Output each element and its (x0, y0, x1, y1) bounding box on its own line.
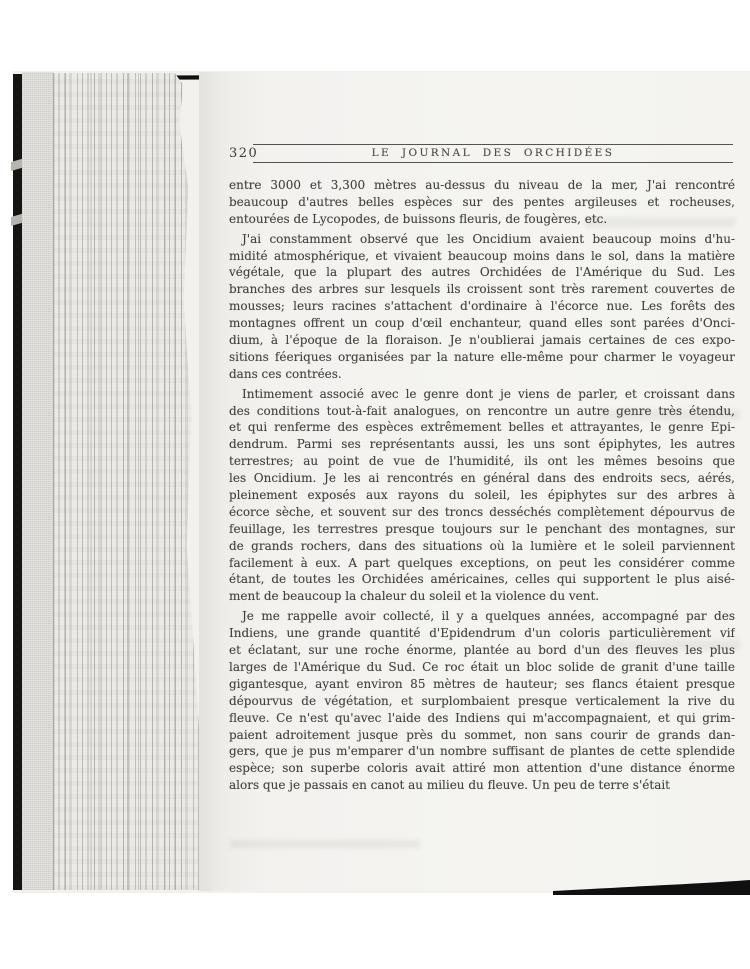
text-line: entourées de Lycopodes, de buissons fleu… (229, 211, 735, 228)
journal-title: LE JOURNAL DES ORCHIDÉES (253, 145, 733, 161)
text-line: entre 3000 et 3,300 mètres au-dessus du … (229, 177, 735, 194)
text-line: végétale, que la plupart des autres Orch… (229, 264, 735, 281)
page-text: entre 3000 et 3,300 mètres au-dessus du … (229, 177, 735, 797)
text-line: écorce sèche, et souvent sur des troncs … (229, 504, 735, 521)
scanned-document-page: 320 LE JOURNAL DES ORCHIDÉES entre 3000 … (0, 0, 750, 969)
text-line: gigantesque, ayant environ 85 mètres de … (229, 676, 735, 693)
page-edges-texture (53, 73, 205, 890)
header-rules: LE JOURNAL DES ORCHIDÉES (253, 144, 733, 163)
text-line: montagnes offrent un coup d'œil enchante… (229, 315, 735, 332)
text-line: paient adroitement jusque près du sommet… (229, 727, 735, 744)
text-line: de grands rochers, dans des situations o… (229, 538, 735, 555)
text-line: beaucoup d'autres belles espèces sur des… (229, 194, 735, 211)
book-scan-photo: 320 LE JOURNAL DES ORCHIDÉES entre 3000 … (13, 71, 750, 893)
paragraph: Je me rappelle avoir collecté, il y a qu… (229, 608, 735, 794)
book-cover-edge (13, 74, 22, 890)
text-line: dans ces contrées. (229, 366, 735, 383)
text-line: et qui renferme des espèces extrêmement … (229, 419, 735, 436)
text-line: J'ai constamment observé que les Oncidiu… (229, 231, 735, 248)
text-line: alors que je passais en canot au milieu … (229, 777, 735, 794)
text-line: larges de l'Amérique du Sud. Ce roc étai… (229, 659, 735, 676)
text-line: midité atmosphérique, et vivaient beauco… (229, 248, 735, 265)
text-line: gers, que je pus m'emparer d'un nombre s… (229, 743, 735, 760)
text-line: terrestres; au point de vue de l'humidit… (229, 453, 735, 470)
scan-shadow-bottom-edge (13, 875, 750, 895)
text-line: dium, à l'époque de la floraison. Je n'o… (229, 332, 735, 349)
text-line: et éclatant, sur une roche énorme, plant… (229, 642, 735, 659)
text-line: les Oncidium. Je les ai rencontrés en gé… (229, 470, 735, 487)
paragraph: Intimement associé avec le genre dont je… (229, 386, 735, 606)
text-line: étant, de toutes les Orchidées américain… (229, 571, 735, 588)
text-line: des conditions tout-à-fait analogues, on… (229, 403, 735, 420)
text-line: facilement à eux. A part quelques except… (229, 555, 735, 572)
text-line: Je me rappelle avoir collecté, il y a qu… (229, 608, 735, 625)
text-line: espèce; son superbe coloris avait attiré… (229, 760, 735, 777)
text-line: pleinement exposés aux rayons du soleil,… (229, 487, 735, 504)
text-line: Indiens, une grande quantité d'Epidendru… (229, 625, 735, 642)
text-line: mousses; leurs racines s'attachent d'ord… (229, 298, 735, 315)
paragraph: entre 3000 et 3,300 mètres au-dessus du … (229, 177, 735, 228)
text-line: dendrum. Parmi ses représentants aussi, … (229, 436, 735, 453)
bleed-through-smudge (230, 840, 420, 848)
paragraph: J'ai constamment observé que les Oncidiu… (229, 231, 735, 383)
text-line: feuillage, les terrestres presque toujou… (229, 521, 735, 538)
running-header: 320 LE JOURNAL DES ORCHIDÉES (229, 137, 735, 171)
text-line: fleuve. Ce n'est qu'avec l'aide des Indi… (229, 710, 735, 727)
text-line: dépourvus de végétation, et surplombaien… (229, 693, 735, 710)
book-binding-cloth (22, 72, 53, 890)
text-line: Intimement associé avec le genre dont je… (229, 386, 735, 403)
text-line: sitions féeriques organisées par la natu… (229, 349, 735, 366)
text-line: ment de beaucoup la chaleur du soleil et… (229, 588, 735, 605)
page-content: 320 LE JOURNAL DES ORCHIDÉES entre 3000 … (229, 137, 735, 171)
text-line: branches des arbres sur lesquels ils cro… (229, 281, 735, 298)
